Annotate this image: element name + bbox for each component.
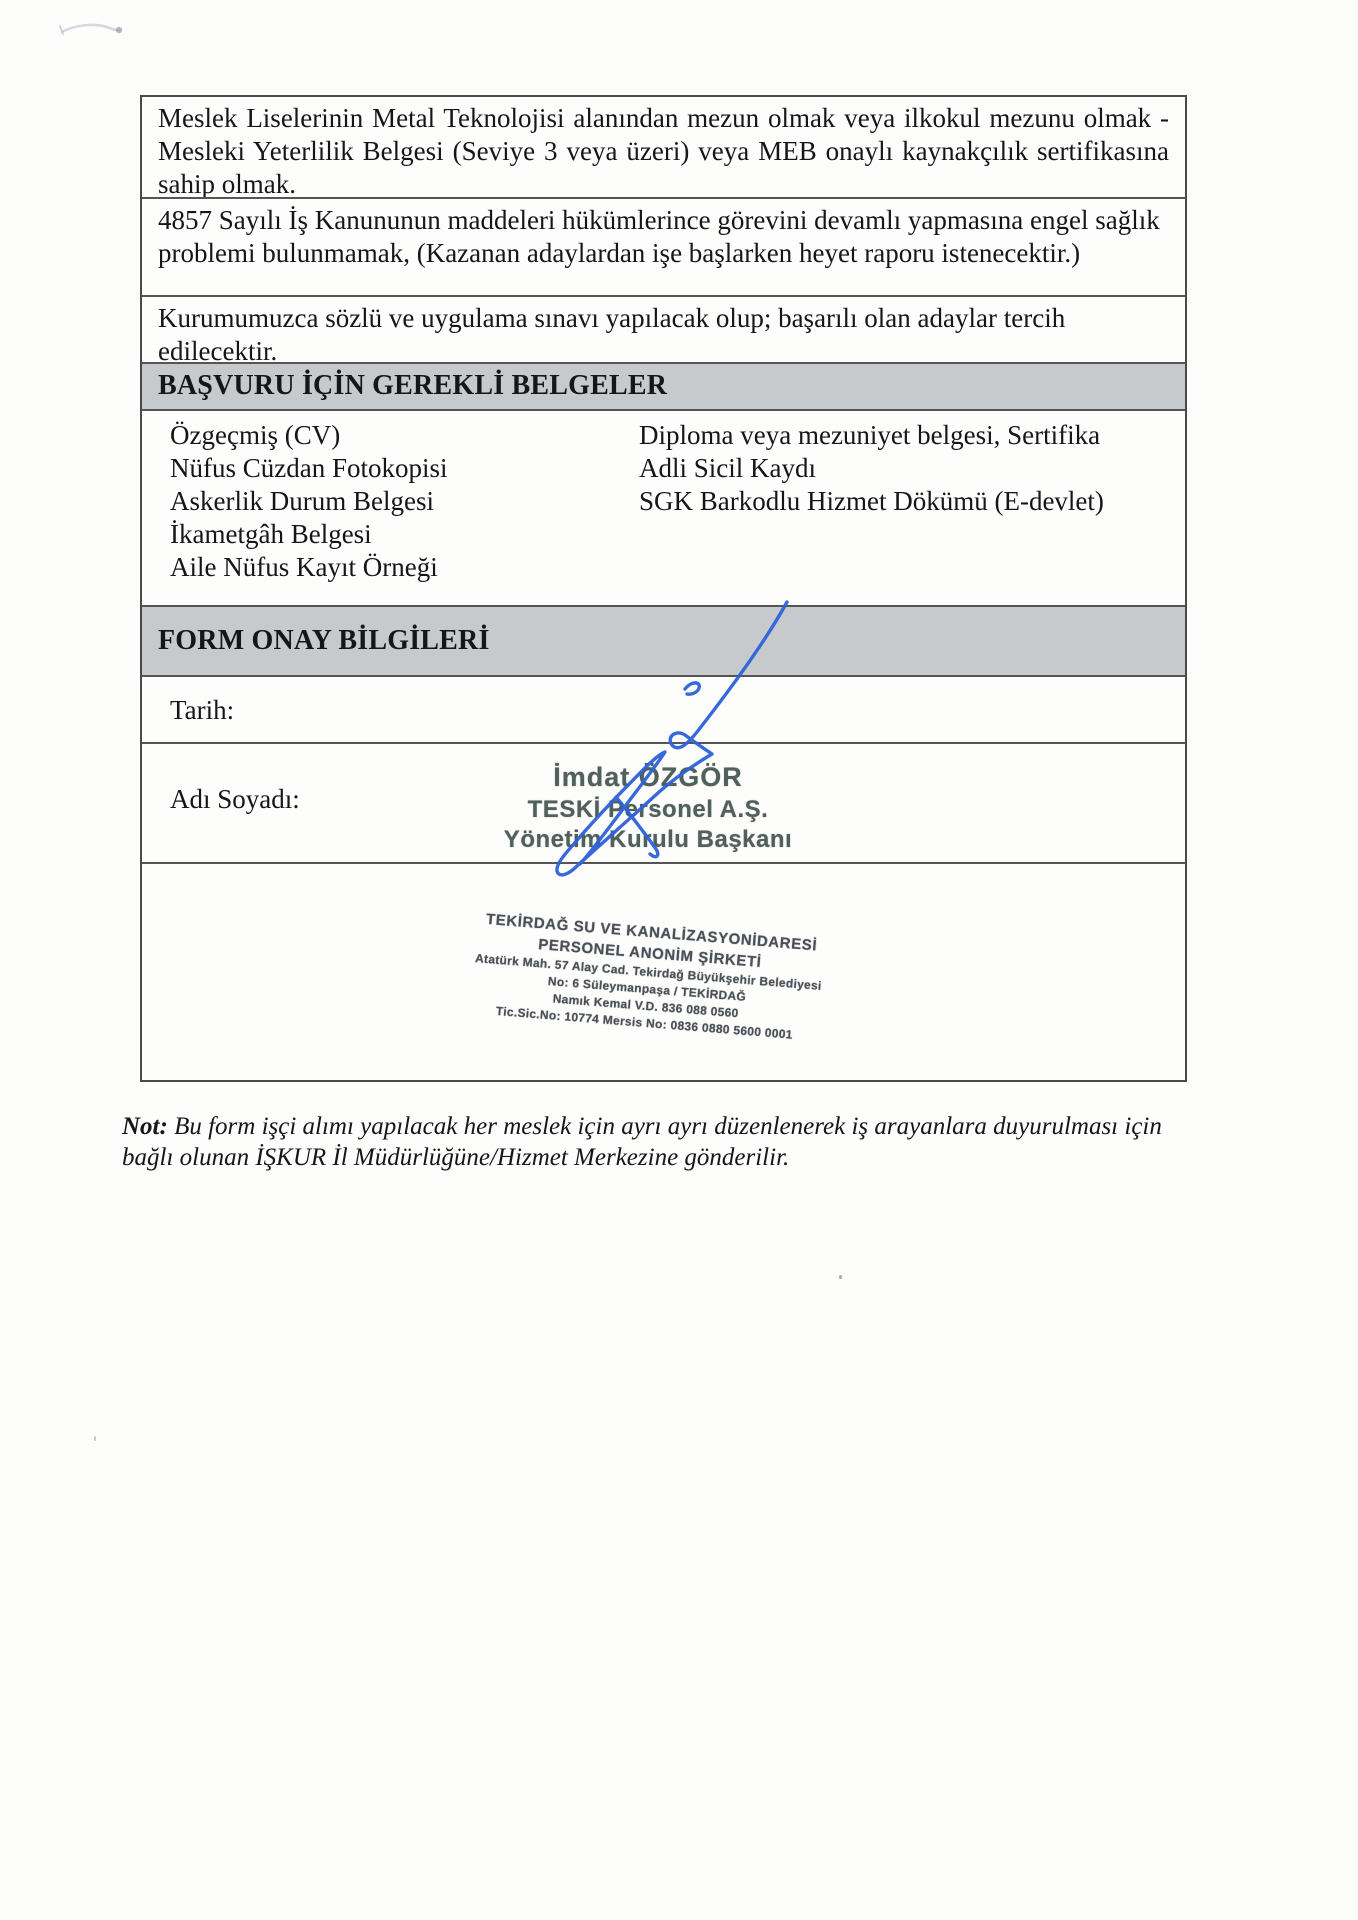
section-header-form-approval: FORM ONAY BİLGİLERİ xyxy=(142,605,1185,675)
note-label: Not: xyxy=(122,1113,168,1140)
list-item: Özgeçmiş (CV) xyxy=(170,419,639,452)
requirement-row-exam: Kurumumuzca sözlü ve uygulama sınavı yap… xyxy=(142,295,1185,362)
requirement-text: Kurumumuzca sözlü ve uygulama sınavı yap… xyxy=(158,303,1065,366)
signatory-name: İmdat ÖZGÖR xyxy=(504,762,792,793)
application-form-table: Meslek Liselerinin Metal Teknolojisi ala… xyxy=(140,95,1187,1082)
documents-column-right: Diploma veya mezuniyet belgesi, Sertifik… xyxy=(639,419,1169,584)
scanned-form-page: Meslek Liselerinin Metal Teknolojisi ala… xyxy=(0,0,1358,1920)
list-item: Askerlik Durum Belgesi xyxy=(170,485,639,518)
list-item: Nüfus Cüzdan Fotokopisi xyxy=(170,452,639,485)
signatory-company: TESKİ Personel A.Ş. xyxy=(504,796,792,824)
requirement-text: Meslek Liselerinin Metal Teknolojisi ala… xyxy=(158,103,1169,199)
company-stamp: TEKİRDAĞ SU VE KANALİZASYONİDARESİ PERSO… xyxy=(470,908,825,1046)
note-text: Bu form işçi alımı yapılacak her meslek … xyxy=(122,1113,1162,1171)
list-item: Diploma veya mezuniyet belgesi, Sertifik… xyxy=(639,419,1169,452)
scan-speck xyxy=(94,1436,96,1441)
documents-column-left: Özgeçmiş (CV) Nüfus Cüzdan Fotokopisi As… xyxy=(170,419,639,584)
section-header-required-documents: BAŞVURU İÇİN GEREKLİ BELGELER xyxy=(142,362,1185,410)
list-item: SGK Barkodlu Hizmet Dökümü (E-devlet) xyxy=(639,485,1169,518)
list-item: Aile Nüfus Kayıt Örneği xyxy=(170,551,639,584)
faint-pen-scribble xyxy=(0,0,200,60)
list-item: İkametgâh Belgesi xyxy=(170,518,639,551)
requirement-row-education: Meslek Liselerinin Metal Teknolojisi ala… xyxy=(142,97,1185,197)
date-label: Tarih: xyxy=(170,695,234,725)
signatory-title: Yönetim Kurulu Başkanı xyxy=(504,826,792,854)
name-label: Adı Soyadı: xyxy=(170,784,300,815)
scan-speck xyxy=(839,1275,842,1279)
requirement-text: 4857 Sayılı İş Kanununun maddeleri hüküm… xyxy=(158,205,1160,268)
date-row: Tarih: xyxy=(142,675,1185,742)
requirement-row-health: 4857 Sayılı İş Kanununun maddeleri hüküm… xyxy=(142,197,1185,295)
required-documents-row: Özgeçmiş (CV) Nüfus Cüzdan Fotokopisi As… xyxy=(142,409,1185,605)
name-row: Adı Soyadı: İmdat ÖZGÖR TESKİ Personel A… xyxy=(142,742,1185,862)
section-header-label: BAŞVURU İÇİN GEREKLİ BELGELER xyxy=(158,370,667,402)
section-header-label: FORM ONAY BİLGİLERİ xyxy=(158,625,490,657)
signatory-block: İmdat ÖZGÖR TESKİ Personel A.Ş. Yönetim … xyxy=(504,762,792,854)
list-item: Adli Sicil Kaydı xyxy=(639,452,1169,485)
stamp-row: TEKİRDAĞ SU VE KANALİZASYONİDARESİ PERSO… xyxy=(142,862,1185,1080)
footer-note: Not: Bu form işçi alımı yapılacak her me… xyxy=(122,1111,1202,1173)
